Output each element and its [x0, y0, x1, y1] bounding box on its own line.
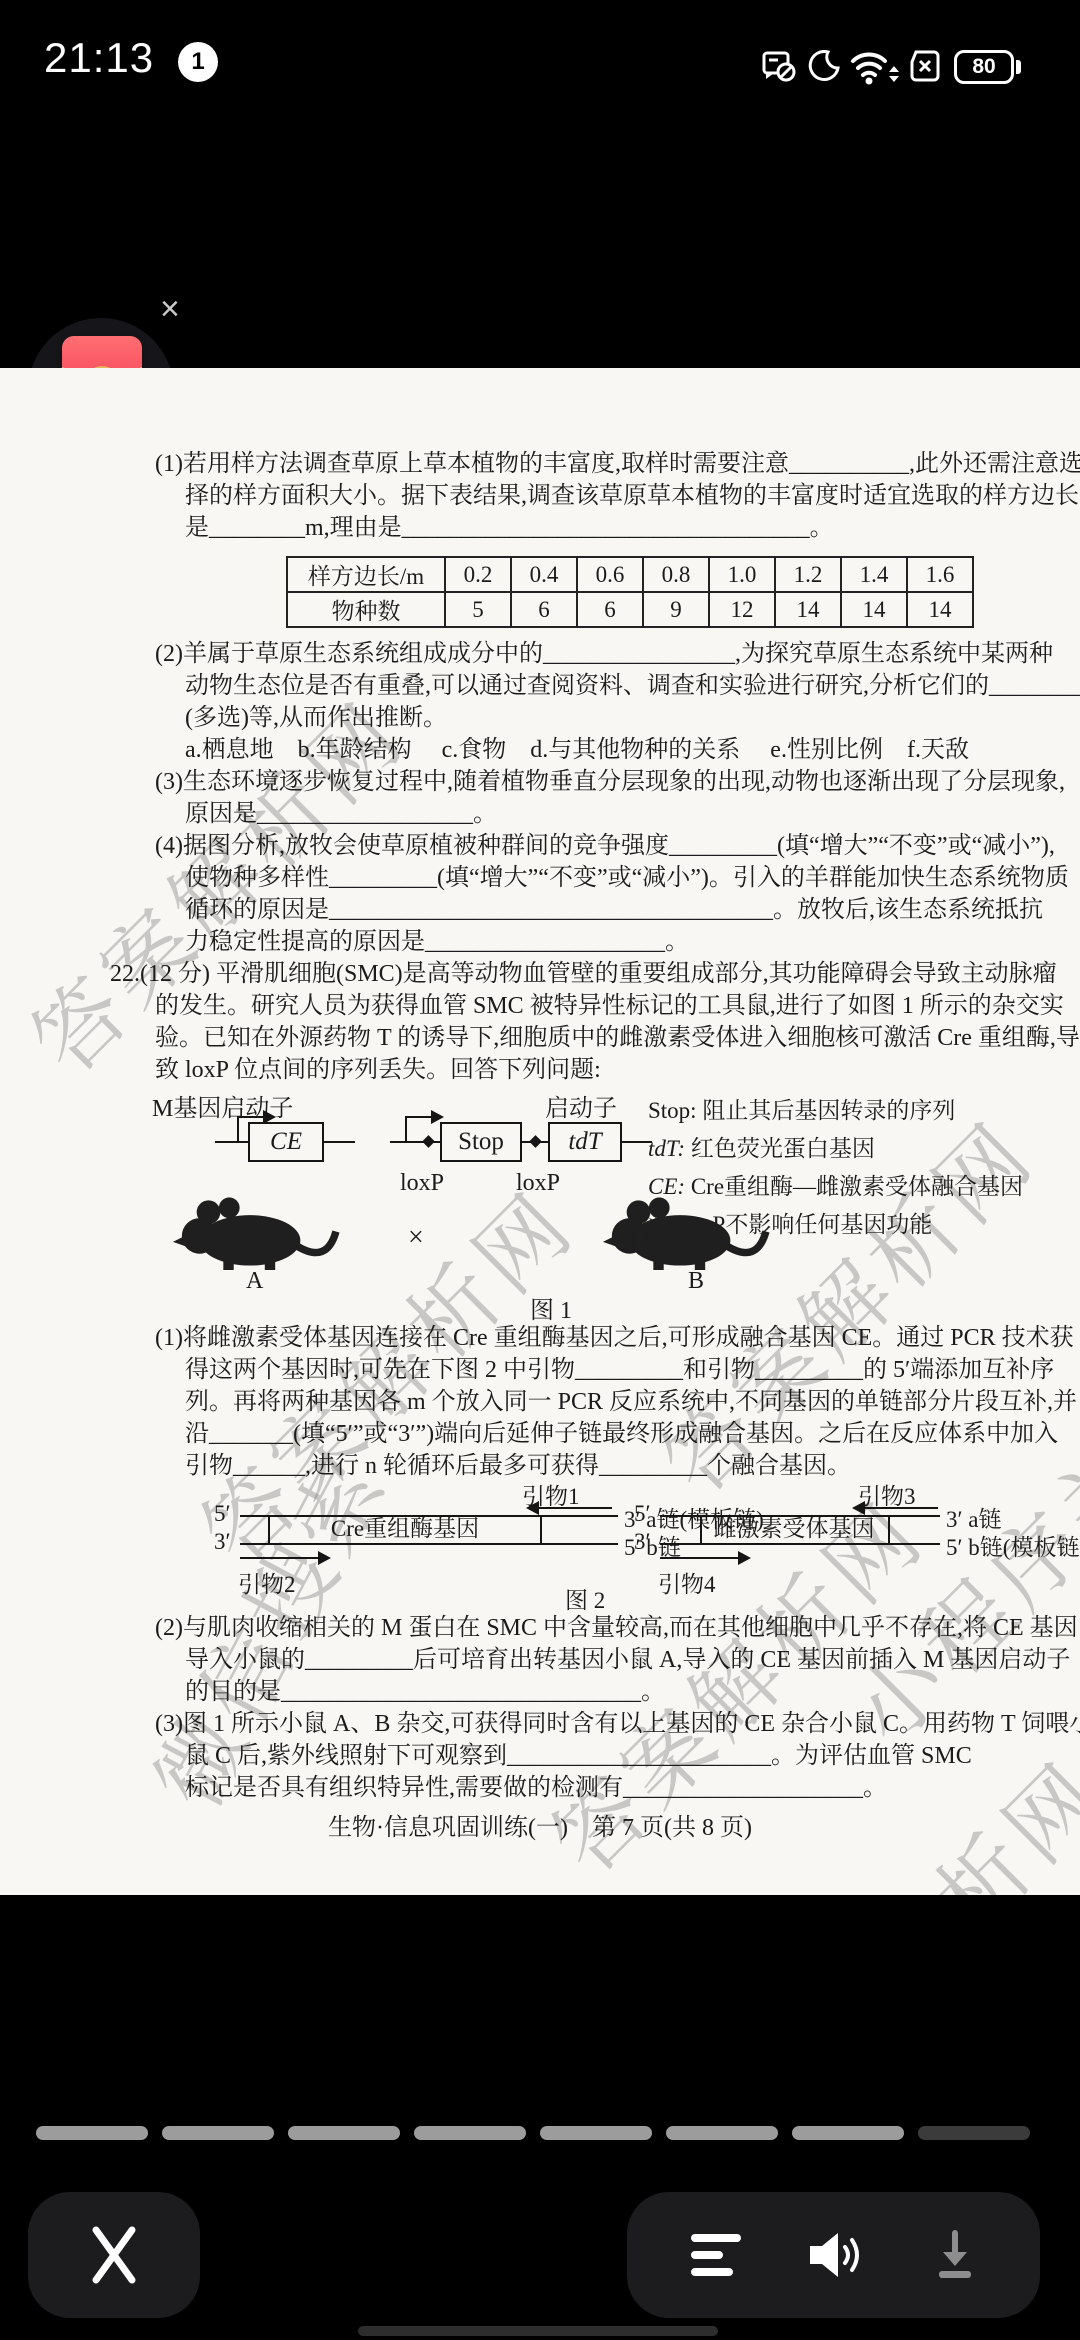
progress-segment-inactive[interactable] — [918, 2126, 1030, 2140]
q22-intro-line: 致 loxP 位点间的序列丢失。回答下列问题: — [0, 1054, 1080, 1086]
progress-segment[interactable] — [414, 2126, 526, 2140]
battery-icon: 80 — [954, 50, 1014, 84]
promoter-arrow — [237, 1116, 265, 1118]
promoter-arrow — [237, 1116, 239, 1141]
legend-value: 阻止其后基因转录的序列 — [702, 1098, 955, 1123]
q21-3-line: 原因是__________________。 — [0, 798, 1080, 830]
legend-key: tdT: — [648, 1136, 685, 1161]
list-bar — [691, 2251, 723, 2259]
no-sim-icon — [908, 50, 942, 82]
clock: 21:13 — [44, 34, 154, 82]
q21-2-line: (多选)等,从而作出推断。 — [0, 702, 1080, 734]
close-envelope-icon[interactable]: × — [160, 290, 180, 329]
strand-b-label: 5′ b链(模板链) — [946, 1529, 1080, 1562]
primer3-arrowhead — [852, 1501, 865, 1515]
list-bar — [691, 2234, 741, 2242]
home-indicator[interactable] — [358, 2326, 718, 2336]
ce-gene-box: CE — [248, 1122, 324, 1162]
promoter-arrow — [405, 1116, 433, 1118]
strand-b-line — [660, 1543, 940, 1545]
legend-value: 红色荧光蛋白基因 — [691, 1136, 875, 1161]
gene-box-edge — [540, 1515, 542, 1543]
loxp-label: loxP — [400, 1170, 444, 1197]
q22-3-line: (3)图 1 所示小鼠 A、B 杂交,可获得同时含有以上基因的 CE 杂合小鼠 … — [0, 1708, 1080, 1740]
download-button[interactable] — [933, 2230, 977, 2280]
close-viewer-button[interactable] — [28, 2192, 200, 2318]
q22-intro-line: 22.(12 分) 平滑肌细胞(SMC)是高等动物血管壁的重要组成部分,其功能障… — [0, 958, 1080, 990]
loxp-label: loxP — [516, 1170, 560, 1197]
primer2-arrowhead — [318, 1551, 331, 1565]
loxp-site — [422, 1135, 435, 1148]
figure-1-caption: 图 1 — [530, 1290, 572, 1325]
q21-4-line: 循环的原因是__________________________________… — [0, 894, 1080, 926]
q21-4-line: 力稳定性提高的原因是____________________。 — [0, 926, 1080, 958]
primer1-arrowhead — [526, 1501, 539, 1515]
q22-2-line: (2)与肌肉收缩相关的 M 蛋白在 SMC 中含量较高,而在其他细胞中几乎不存在… — [0, 1612, 1080, 1644]
legend-line: tdT: 红色荧光蛋白基因 — [648, 1130, 875, 1163]
figure-1: M基因启动子 启动子 CE Stop tdT loxP loxP — [0, 1086, 1080, 1322]
exam-content: (1)若用样方法调查草原上草本植物的丰富度,取样时需要注意__________,… — [0, 448, 1080, 1844]
q21-1-line: 择的样方面积大小。据下表结果,调查该草原草本植物的丰富度时适宜选取的样方边长 — [0, 480, 1080, 512]
q21-1-line: 是________m,理由是__________________________… — [0, 512, 1080, 544]
q21-2-line: 动物生态位是否有重叠,可以通过查阅资料、调查和实验进行研究,分析它们的_____… — [0, 670, 1080, 702]
q21-4-line: 使物种多样性_________(填“增大”“不变”或“减小”)。引入的羊群能加快… — [0, 862, 1080, 894]
q22-1-line: 得这两个基因时,可先在下图 2 中引物_________和引物_________… — [0, 1354, 1080, 1386]
tdt-box: tdT — [548, 1122, 622, 1162]
q22-intro-line: 的发生。研究人员为获得血管 SMC 被特异性标记的工具鼠,进行了如图 1 所示的… — [0, 990, 1080, 1022]
list-bar — [691, 2268, 733, 2276]
q22-1-line: (1)将雌激素受体基因连接在 Cre 重组酶基因之后,可形成融合基因 CE。通过… — [0, 1322, 1080, 1354]
battery-nub — [1016, 60, 1021, 74]
document-page: 答案解析网 答案解析网 答案解析网 微信搜索 答案解析网 小程序关注 答案解析网… — [0, 368, 1080, 1895]
primer2-arrow — [240, 1557, 320, 1559]
q22-1-line: 沿_______(填“5′”或“3′”)端向后延伸子链最终形成融合基因。之后在反… — [0, 1418, 1080, 1450]
notification-blocked-icon — [762, 50, 796, 82]
progress-segment[interactable] — [666, 2126, 778, 2140]
primer3-arrow — [858, 1507, 938, 1509]
close-x-icon — [88, 2224, 140, 2286]
primer1-arrow — [532, 1507, 612, 1509]
gene-box-edge — [888, 1515, 890, 1543]
primer4-label: 引物4 — [658, 1566, 716, 1599]
progress-segment[interactable] — [792, 2126, 904, 2140]
notification-count-badge: 1 — [178, 42, 218, 82]
legend-line: Stop: 阻止其后基因转录的序列 — [648, 1092, 955, 1125]
viewer-toolbar — [627, 2192, 1040, 2318]
loxp-site — [529, 1135, 542, 1148]
q21-3-line: (3)生态环境逐步恢复过程中,随着植物垂直分层现象的出现,动物也逐渐出现了分层现… — [0, 766, 1080, 798]
progress-segment[interactable] — [162, 2126, 274, 2140]
mouse-b-silhouette — [585, 1190, 775, 1270]
figure-2-caption: 图 2 — [565, 1582, 605, 1615]
q22-3-line: 鼠 C 后,紫外线照射下可观察到______________________。为… — [0, 1740, 1080, 1772]
stop-box: Stop — [440, 1122, 522, 1162]
mouse-b-label: B — [688, 1268, 704, 1295]
progress-segment[interactable] — [288, 2126, 400, 2140]
phone-screen: 21:13 1 80 ¥ × 答案解析网 答案解析网 — [0, 0, 1080, 2340]
progress-segment[interactable] — [36, 2126, 148, 2140]
table-row: 样方边长/m 0.2 0.4 0.6 0.8 1.0 1.2 1.4 1.6 — [287, 557, 973, 592]
q21-2-line: (2)羊属于草原生态系统组成成分中的________________,为探究草原… — [0, 638, 1080, 670]
mouse-a-silhouette — [160, 1190, 340, 1270]
legend-key: Stop: — [648, 1098, 697, 1123]
figure-2: 引物1 5′ 3′ a链(模板链) Cre重组酶基因 3′ 5′ b链 引物2 … — [0, 1482, 1080, 1612]
strand-3-label: 3′ — [214, 1529, 231, 1555]
estrogen-gene-label: 雌激素受体基因 — [702, 1515, 886, 1543]
q22-2-line: 导入小鼠的_________后可培育出转基因小鼠 A,导入的 CE 基因前插入 … — [0, 1644, 1080, 1676]
speaker-button[interactable] — [808, 2231, 866, 2279]
q22-1-line: 列。再将两种基因各 m 个放入同一 PCR 反应系统中,不同基因的单链部分片段互… — [0, 1386, 1080, 1418]
promoter-arrow — [405, 1116, 407, 1141]
primer2-label: 引物2 — [238, 1566, 296, 1599]
promoter-label: 启动子 — [545, 1088, 617, 1123]
primer4-arrow — [660, 1557, 740, 1559]
strand-b-line — [240, 1543, 618, 1545]
list-menu-button[interactable] — [691, 2225, 741, 2285]
strand-5-label: 5′ — [214, 1501, 231, 1527]
mouse-a-label: A — [246, 1268, 263, 1295]
progress-segment[interactable] — [540, 2126, 652, 2140]
q21-4-line: (4)据图分析,放牧会使草原植被种群间的竞争强度_________(填“增大”“… — [0, 830, 1080, 862]
q21-1-line: (1)若用样方法调查草原上草本植物的丰富度,取样时需要注意__________,… — [0, 448, 1080, 480]
q22-2-line: 的目的是______________________________。 — [0, 1676, 1080, 1708]
q21-2-options: a.栖息地 b.年龄结构 c.食物 d.与其他物种的关系 e.性别比例 f.天敌 — [0, 734, 1080, 766]
primer4-arrowhead — [738, 1551, 751, 1565]
cross-symbol: × — [408, 1222, 424, 1254]
do-not-disturb-moon-icon — [808, 50, 840, 82]
q22-3-line: 标记是否具有组织特异性,需要做的检测有____________________。 — [0, 1772, 1080, 1804]
cre-gene-label: Cre重组酶基因 — [270, 1515, 540, 1543]
wifi-icon — [850, 48, 902, 86]
quadrat-table: 样方边长/m 0.2 0.4 0.6 0.8 1.0 1.2 1.4 1.6 物… — [286, 556, 974, 628]
strand-5-label: 5′ — [634, 1501, 651, 1527]
q22-intro-line: 验。已知在外源药物 T 的诱导下,细胞质中的雌激素受体进入细胞核可激活 Cre … — [0, 1022, 1080, 1054]
table-row: 物种数 5 6 6 9 12 14 14 14 — [287, 592, 973, 627]
page-footer: 生物·信息巩固训练(一) 第 7 页(共 8 页) — [0, 1812, 1080, 1844]
strand-3-label: 3′ — [634, 1529, 651, 1555]
